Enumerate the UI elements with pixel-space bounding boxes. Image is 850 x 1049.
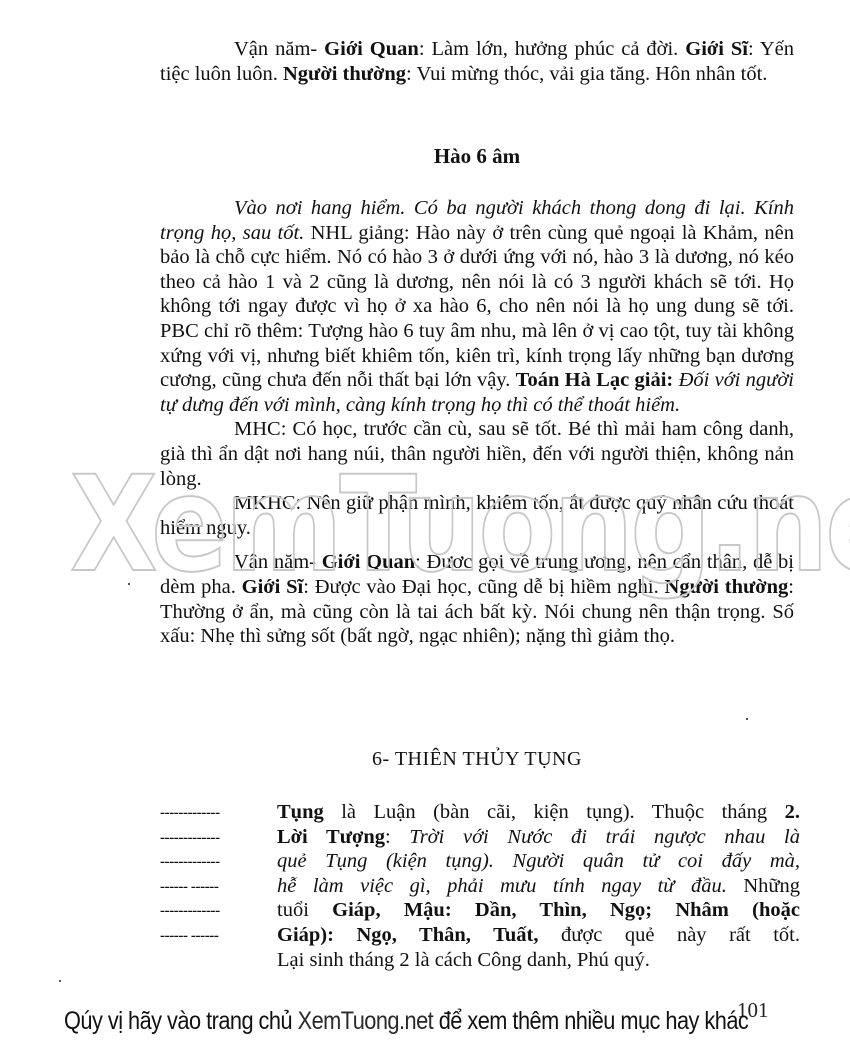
nguoi-thuong-label: Người thường — [283, 63, 406, 85]
gioi-si-label: Giới Sĩ — [685, 38, 748, 60]
mhc-paragraph: MHC: Có học, trước cần cù, sau sẽ tốt. B… — [160, 417, 794, 491]
footer-site-link[interactable]: XemTuong.net — [298, 1007, 434, 1035]
hao6-commentary: Vào nơi hang hiểm. Có ba người khách tho… — [160, 196, 794, 649]
dash-row: Lại sinh tháng 2 là cách Công danh, Phú … — [160, 948, 800, 973]
row-text: tuổi — [277, 899, 332, 921]
age-list: Giáp, Mậu: Dần, Thìn, Ngọ; Nhâm (hoặc — [332, 899, 800, 921]
row-text: được quẻ này rất tốt. — [538, 924, 800, 946]
scan-speck — [746, 718, 748, 720]
gioi-quan-text: : Làm lớn, hưởng phúc cả đời. — [419, 38, 685, 60]
top-paragraph: Vận năm- Giới Quan: Làm lớn, hưởng phúc … — [160, 37, 794, 86]
dash-leader — [160, 948, 277, 973]
toan-ha-lac-label: Toán Hà Lạc giải: — [516, 369, 674, 391]
mkhc-paragraph: MKHC: Nên giữ phận mình, khiêm tốn, ắt đ… — [160, 491, 794, 540]
van-nam-paragraph: Vận năm- Giới Quan: Được gọi về trung ươ… — [160, 550, 794, 648]
tung-description: ------------- Tụng là Luận (bàn cãi, kiệ… — [160, 800, 800, 972]
gioi-quan-label: Giới Quan — [324, 38, 419, 60]
dash-leader: ------------- — [160, 825, 277, 850]
dash-row: ------------- Tụng là Luận (bàn cãi, kiệ… — [160, 800, 800, 825]
dash-leader: ------ ------ — [160, 923, 277, 948]
footer-text: để xem thêm nhiều mục hay khác — [433, 1007, 748, 1035]
hao6-explanation: NHL giảng: Hào này ở trên cùng quẻ ngoại… — [160, 222, 794, 392]
row-text: Những — [727, 875, 800, 897]
van-nam-lead: Vận năm- — [234, 38, 324, 60]
gioi-quan-label: Giới Quan — [322, 551, 415, 573]
footer-text: Qúy vị hãy vào trang chủ — [64, 1007, 298, 1035]
dash-leader: ------------- — [160, 898, 277, 923]
gioi-si-label: Giới Sĩ — [242, 576, 304, 598]
van-nam-lead: Vận năm- — [234, 551, 322, 573]
row-italic: Trời với Nước đi trái ngược nhau là — [409, 826, 800, 848]
scanned-book-page: Vận năm- Giới Quan: Làm lớn, hưởng phúc … — [0, 0, 850, 1049]
month-number: 2. — [785, 801, 800, 823]
gioi-si-text: : Được vào Đại học, cũng dễ bị hiềm nghi… — [303, 576, 664, 598]
scan-speck — [59, 980, 61, 982]
row-italic: hễ làm việc gì, phải mưu tính ngay từ đầ… — [277, 875, 727, 897]
loi-tuong-label: Lời Tượng — [277, 826, 385, 848]
tung-label: Tụng — [277, 801, 324, 823]
scan-speck — [128, 583, 130, 585]
nguoi-thuong-label: Người thường — [665, 576, 789, 598]
row-italic: quẻ Tụng (kiện tụng). Người quân tử coi … — [277, 850, 800, 872]
dash-row: ------ ------ hễ làm việc gì, phải mưu t… — [160, 874, 800, 899]
dash-leader: ------------- — [160, 800, 277, 825]
section-heading-hao-6: Hào 6 âm — [160, 144, 794, 169]
dash-leader: ------------- — [160, 849, 277, 874]
footer-promo: Qúy vị hãy vào trang chủ XemTuong.net để… — [64, 1007, 725, 1036]
nguoi-thuong-text: : Vui mừng thóc, vải gia tăng. Hôn nhân … — [406, 63, 767, 85]
dash-row: ------------- quẻ Tụng (kiện tụng). Ngườ… — [160, 849, 800, 874]
dash-row: ------------- tuổi Giáp, Mậu: Dần, Thìn,… — [160, 898, 800, 923]
row-text: là Luận (bàn cãi, kiện tụng). Thuộc thán… — [324, 801, 785, 823]
dash-row: ------------- Lời Tượng: Trời với Nước đ… — [160, 825, 800, 850]
row-text: : — [385, 826, 409, 848]
age-list: Giáp): Ngọ, Thân, Tuất, — [277, 924, 538, 946]
dash-leader: ------ ------ — [160, 874, 277, 899]
row-text: Lại sinh tháng 2 là cách Công danh, Phú … — [277, 948, 800, 973]
chapter-title: 6- THIÊN THỦY TỤNG — [160, 748, 794, 771]
dash-row: ------ ------ Giáp): Ngọ, Thân, Tuất, đư… — [160, 923, 800, 948]
